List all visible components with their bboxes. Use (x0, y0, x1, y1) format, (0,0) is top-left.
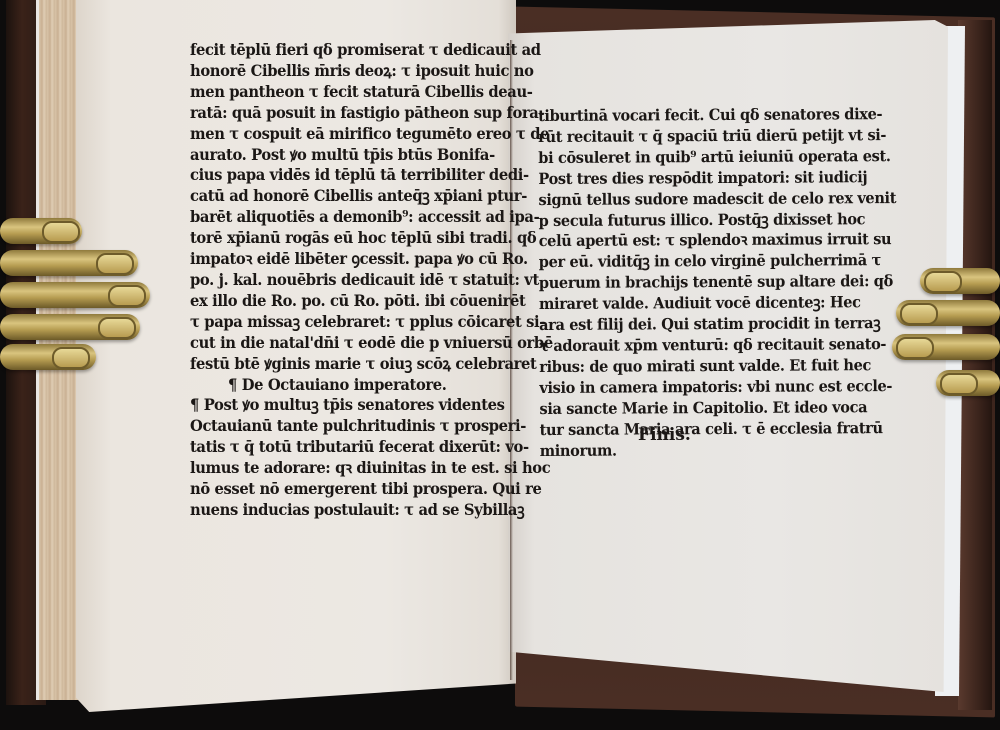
clamp-finger (892, 334, 1000, 360)
clamp-fingernail (98, 317, 136, 339)
text-line: cut in die natal'dn̄i τ eodē die p vniue… (190, 333, 553, 354)
clamp-fingernail (42, 221, 80, 243)
text-line: cius papa vidēs id tēplū tā terribiliter… (190, 165, 553, 186)
text-line: Octauianū tante pulchritudinis τ prosper… (190, 416, 553, 437)
clamp-fingernail (108, 285, 146, 307)
book-photo-scene: fecit tēplū fieri qδ promiserat τ dedica… (0, 0, 1000, 730)
text-line: honorē Cibellis m̄ris deoꝝ: τ iposuit hu… (190, 61, 553, 82)
colophon-finis: Finis. (638, 425, 691, 445)
right-brass-hand-clamp-icon (890, 258, 1000, 408)
text-line: catū ad honorē Cibellis anteq̄ꝫ xp̄iani … (190, 186, 553, 207)
text-line: τ papa missaꝫ celebraret: τ pplus cōicar… (190, 312, 553, 333)
section-heading: ¶ De Octauiano imperatore. (190, 375, 553, 396)
clamp-fingernail (96, 253, 134, 275)
text-line: sia sancte Marie in Capitolio. Et ideo v… (539, 397, 897, 420)
clamp-finger (0, 314, 140, 340)
clamp-fingernail (52, 347, 90, 369)
text-line: minorum. (540, 439, 898, 462)
text-line: signū tellus sudore madescit de celo rex… (538, 188, 896, 211)
text-line: Post tres dies respōdit impatori: sit iu… (538, 167, 896, 190)
text-line: celū apertū est: τ splendoꝛ maximus irru… (539, 229, 897, 252)
text-line: men τ cospuit eā mirifico tegumēto ereo … (190, 124, 553, 145)
clamp-finger (0, 250, 138, 276)
text-line: ¶ Post ꝟo multuꝫ tp̄is senatores vidente… (190, 395, 553, 416)
text-line: festū btē ꝟginis marie τ oiuꝫ scōꝝ celeb… (190, 354, 553, 375)
text-line: puerum in brachijs tenentē sup altare de… (539, 271, 897, 294)
clamp-finger (0, 218, 82, 244)
clamp-finger (0, 282, 150, 308)
text-line: nuens inducias postulauit: τ ad se Sybil… (190, 500, 553, 521)
text-line: tiburtinā vocari fecit. Cui qδ senatores… (538, 104, 896, 127)
text-line: ratā: quā posuit in fastigio pātheon sup… (190, 103, 553, 124)
text-line: nō esset nō emergerent tibi prospera. Qu… (190, 479, 553, 500)
text-line: torē xp̄ianū rogās eū hoc tēplū sibi tra… (190, 228, 553, 249)
text-line: tatis τ q̄ totū tributariū fecerat dixer… (190, 437, 553, 458)
text-line: p secula futurus illico. Postq̄ꝫ dixisse… (539, 209, 897, 232)
text-line: lumus te adorare: qꝛ diuinitas in te est… (190, 458, 553, 479)
text-line: fecit tēplū fieri qδ promiserat τ dedica… (190, 40, 553, 61)
clamp-fingernail (940, 373, 978, 395)
left-page-text: fecit tēplū fieri qδ promiserat τ dedica… (190, 40, 553, 521)
text-line: per eū. viditq̄ꝫ in celo virginē pulcher… (539, 250, 897, 273)
text-line: bi cōsuleret in quib⁹ artū ieiuniū opera… (538, 146, 896, 169)
clamp-fingernail (896, 337, 934, 359)
text-line: visio in camera impatoris: vbi nunc est … (539, 376, 897, 399)
text-line: po. j. kal. nouēbris dedicauit idē τ sta… (190, 270, 553, 291)
text-line: miraret valde. Audiuit vocē dicenteꝫ: He… (539, 292, 897, 315)
text-line: aurato. Post ꝟo multū tp̄is btūs Bonifa- (190, 145, 553, 166)
text-line: men pantheon τ fecit staturā Cibellis de… (190, 82, 553, 103)
text-line: barēt aliquotiēs a demonib⁹: accessit ad… (190, 207, 553, 228)
clamp-finger (0, 344, 96, 370)
clamp-fingernail (900, 303, 938, 325)
left-brass-hand-clamp-icon (0, 210, 150, 370)
clamp-fingernail (924, 271, 962, 293)
text-line: ribus: de quo mirati sunt valde. Et fuit… (539, 355, 897, 378)
clamp-finger (936, 370, 1000, 396)
text-line: ex illo die Ro. po. cū Ro. pōti. ibi cōu… (190, 291, 553, 312)
text-line: impatoꝛ eidē libēter ꝯcessit. papa ꝟo cū… (190, 249, 553, 270)
clamp-finger (920, 268, 1000, 294)
text-line: τ adorauit xp̄m venturū: qδ recitauit se… (539, 334, 897, 357)
clamp-finger (896, 300, 1000, 326)
text-line: ara est filij dei. Qui statim procidit i… (539, 313, 897, 336)
text-line: rūt recitauit τ q̄ spaciū triū dierū pet… (538, 125, 896, 148)
text-line: tur sancta Maria ara celi. τ ē ecclesia … (540, 418, 898, 441)
right-page-text: tiburtinā vocari fecit. Cui qδ senatores… (538, 104, 897, 461)
